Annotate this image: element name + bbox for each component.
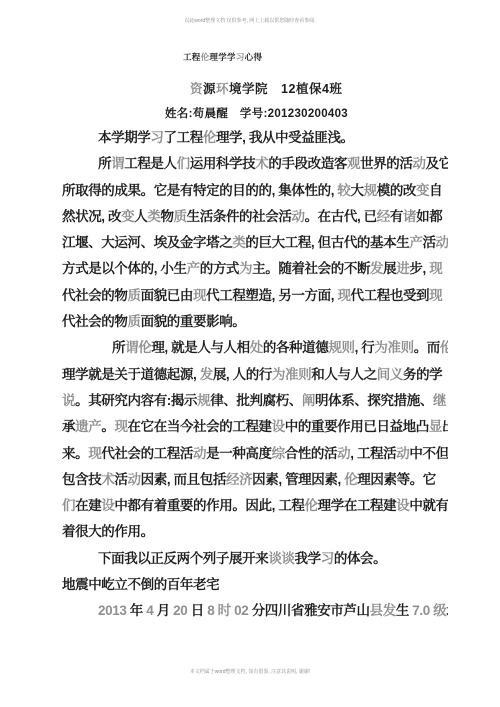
text-line: 代社会的物质面貌的重要影响。 <box>62 309 448 335</box>
body-text: 本学期学习了工程伦理学, 我从中受益匪浅。所谓工程是人们运用科学技术的手段改造客… <box>62 125 448 625</box>
watermark-top: 以此word整理文档 仅供参考, 网上上载以供您随时查看参阅. <box>0 17 500 24</box>
text-line: 2013 年 4 月 20 日 8 时 02 分四川省雅安市芦山县发生 7.0 … <box>62 598 448 624</box>
text-line: 包含技术活动因素, 而且包括经济因素, 管理因素, 伦理因素等。它 <box>62 467 448 493</box>
document-title: 工程伦理学学习心得 <box>183 51 262 63</box>
text-line: 承遗产。现在它在当今社会的工程建设中的重要作用已日益地凸显出 <box>62 414 448 440</box>
text-line: 下面我以正反两个列子展开来谈谈我学习的体会。 <box>62 546 448 572</box>
text-line: 本学期学习了工程伦理学, 我从中受益匪浅。 <box>62 125 448 151</box>
text-line: 们在建设中都有着重要的作用。因此, 工程伦理学在工程建设中就有 <box>62 493 448 519</box>
header-name-student-id: 姓名:苟晨醒 学号:201230200403 <box>165 105 348 121</box>
text-line: 说。其研究内容有:揭示规律、批判腐朽、阐明体系、探究措施、继 <box>62 388 448 414</box>
text-line: 所取得的成果。它是有特定的目的的, 集体性的, 较大规模的改变自 <box>62 178 448 204</box>
watermark-bottom: 本文档属于word整理文档, 如有借鉴, 注意其说明, 谢谢! <box>0 668 500 675</box>
header-college-class: 资源环境学院 12植保4班 <box>190 79 342 97</box>
text-line: 着很大的作用。 <box>62 519 448 545</box>
text-line: 所谓伦理, 就是人与人相处的各种道德规则, 行为准则。而伦 <box>62 335 448 361</box>
section-heading: 地震中屹立不倒的百年老宅 <box>62 572 448 598</box>
text-line: 来。现代社会的工程活动是一种高度综合性的活动, 工程活动中不但 <box>62 441 448 467</box>
text-line: 代社会的物质面貌已由现代工程塑造, 另一方面, 现代工程也受到现 <box>62 283 448 309</box>
document-page: 以此word整理文档 仅供参考, 网上上载以供您随时查看参阅. 工程伦理学学习心… <box>0 0 500 707</box>
text-line: 理学就是关于道德起源, 发展, 人的行为准则和人与人之间义务的学 <box>62 362 448 388</box>
text-line: 然状况, 改变人类物质生活条件的社会活动。在古代, 已经有诸如都 <box>62 204 448 230</box>
text-line: 所谓工程是人们运用科学技术的手段改造客观世界的活动及它 <box>62 151 448 177</box>
text-line: 方式是以个体的, 小生产的方式为主。随着社会的不断发展进步, 现 <box>62 256 448 282</box>
text-line: 江堰、大运河、埃及金字塔之类的巨大工程, 但古代的基本生产活动 <box>62 230 448 256</box>
